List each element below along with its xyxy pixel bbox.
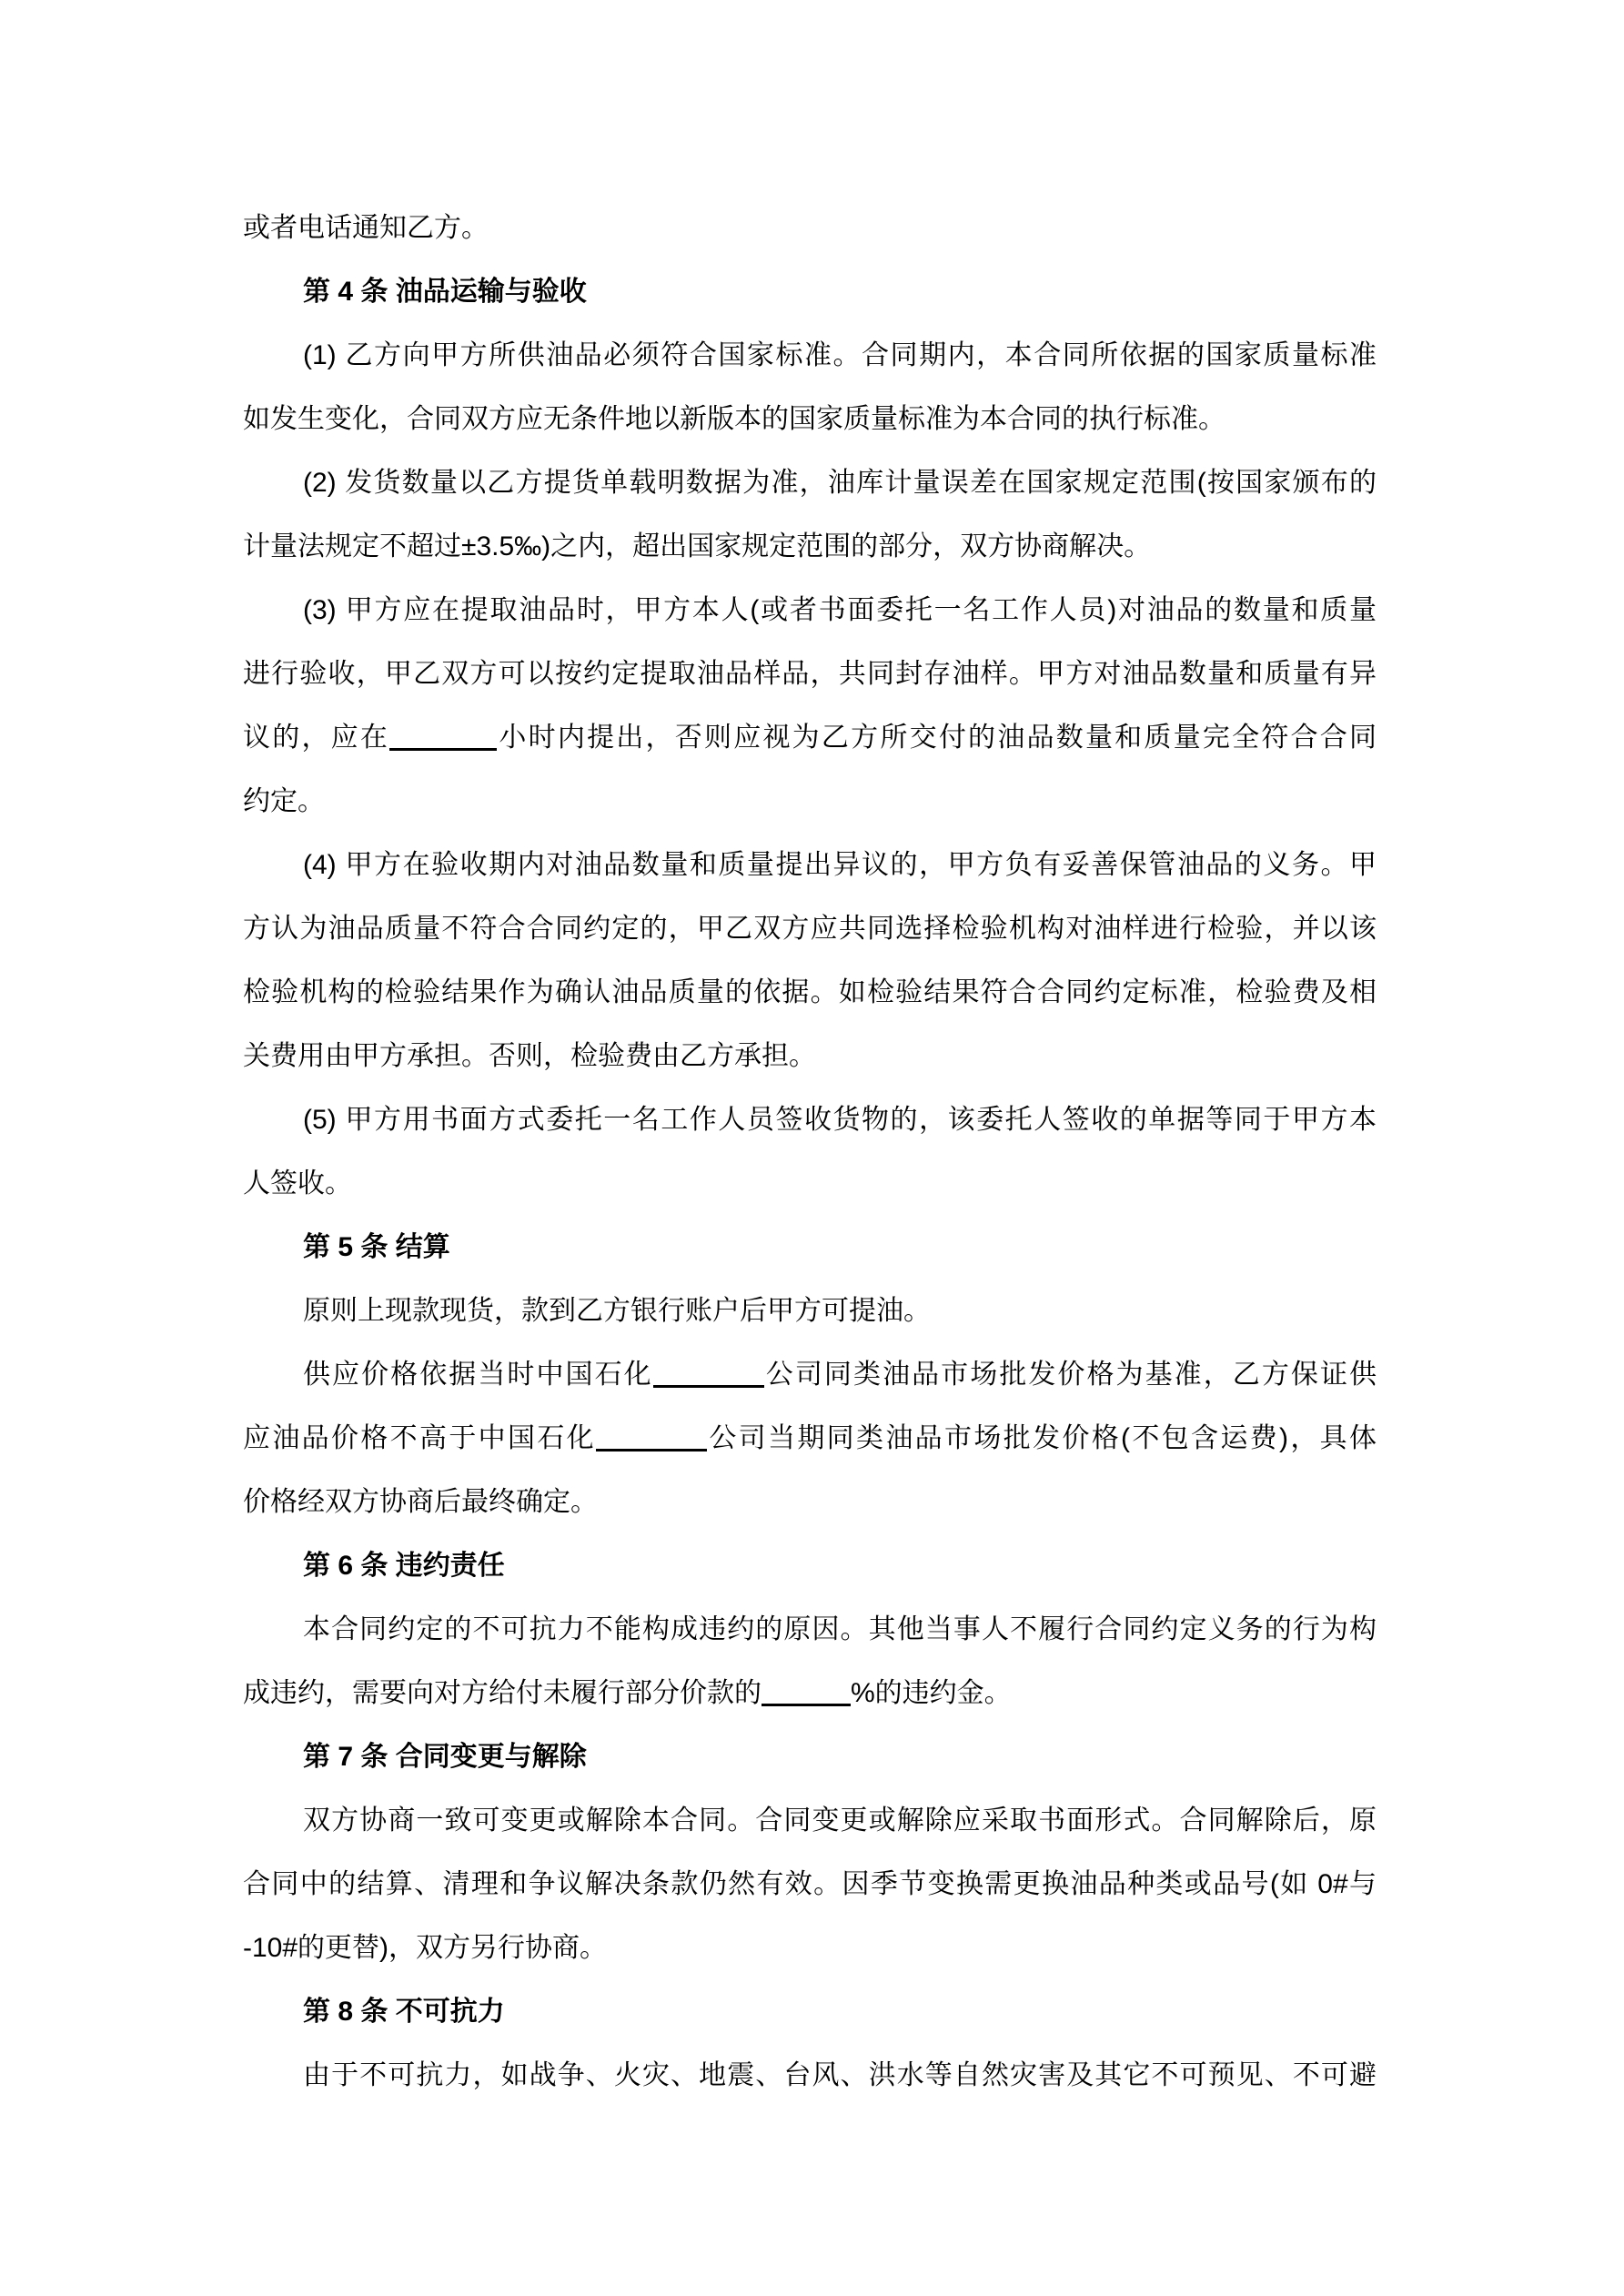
contract-text-line: 原则上现款现货，款到乙方银行账户后甲方可提油。 (243, 1279, 1377, 1343)
section-heading: 第 8 条 不可抗力 (243, 1980, 1377, 2044)
contract-text-line: 合同中的结算、清理和争议解决条款仍然有效。因季节变换需更换油品种类或品号(如 0… (243, 1853, 1377, 1917)
contract-text-line: 检验机构的检验结果作为确认油品质量的依据。如检验结果符合合同约定标准，检验费及相 (243, 961, 1377, 1025)
text-run: (5) 甲方用书面方式委托一名工作人员签收货物的，该委托人签收的单据等同于甲方本 (303, 1105, 1377, 1135)
contract-text-line: 人签收。 (243, 1152, 1377, 1216)
contract-text-line: 价格经双方协商后最终确定。 (243, 1471, 1377, 1534)
text-run: -10#的更替)，双方另行协商。 (243, 1933, 607, 1963)
text-run: 本合同约定的不可抗力不能构成违约的原因。其他当事人不履行合同约定义务的行为构 (303, 1614, 1377, 1644)
contract-text-line: 进行验收，甲乙双方可以按约定提取油品样品，共同封存油样。甲方对油品数量和质量有异 (243, 642, 1377, 706)
text-run: 小时内提出，否则应视为乙方所交付的油品数量和质量完全符合合同 (497, 723, 1377, 753)
text-run: 方认为油品质量不符合合同约定的，甲乙双方应共同选择检验机构对油样进行检验，并以该 (243, 914, 1377, 944)
text-run: 应油品价格不高于中国石化 (243, 1423, 596, 1453)
contract-text-line: (3) 甲方应在提取油品时，甲方本人(或者书面委托一名工作人员)对油品的数量和质… (243, 579, 1377, 642)
text-run: 合同中的结算、清理和争议解决条款仍然有效。因季节变换需更换油品种类或品号(如 0… (243, 1869, 1377, 1899)
text-run: 价格经双方协商后最终确定。 (243, 1487, 598, 1517)
contract-text-line: (1) 乙方向甲方所供油品必须符合国家标准。合同期内，本合同所依据的国家质量标准 (243, 324, 1377, 388)
text-run: 原则上现款现货，款到乙方银行账户后甲方可提油。 (303, 1296, 931, 1326)
contract-text-line: 计量法规定不超过±3.5‰)之内，超出国家规定范围的部分，双方协商解决。 (243, 515, 1377, 579)
fill-in-blank (653, 1381, 764, 1388)
contract-text-line: (4) 甲方在验收期内对油品数量和质量提出异议的，甲方负有妥善保管油品的义务。甲 (243, 834, 1377, 897)
contract-text-line: (5) 甲方用书面方式委托一名工作人员签收货物的，该委托人签收的单据等同于甲方本 (243, 1088, 1377, 1152)
contract-text-line: 约定。 (243, 770, 1377, 834)
text-run: 如发生变化，合同双方应无条件地以新版本的国家质量标准为本合同的执行标准。 (243, 404, 1226, 434)
text-run: %的违约金。 (851, 1678, 1012, 1708)
text-run: 公司同类油品市场批发价格为基准，乙方保证供 (764, 1360, 1377, 1390)
contract-text-line: 方认为油品质量不符合合同约定的，甲乙双方应共同选择检验机构对油样进行检验，并以该 (243, 897, 1377, 961)
contract-text-line: -10#的更替)，双方另行协商。 (243, 1917, 1377, 1980)
text-run: 或者电话通知乙方。 (243, 213, 489, 243)
text-run: 第 4 条 油品运输与验收 (303, 277, 587, 307)
fill-in-blank (762, 1700, 851, 1706)
text-run: 第 6 条 违约责任 (303, 1551, 505, 1581)
contract-text-line: 或者电话通知乙方。 (243, 197, 1377, 260)
contract-text-line: 关费用由甲方承担。否则，检验费由乙方承担。 (243, 1025, 1377, 1088)
fill-in-blank (596, 1445, 707, 1451)
section-heading: 第 6 条 违约责任 (243, 1534, 1377, 1598)
text-run: (3) 甲方应在提取油品时，甲方本人(或者书面委托一名工作人员)对油品的数量和质… (303, 595, 1377, 625)
fill-in-blank (389, 744, 497, 751)
text-run: (4) 甲方在验收期内对油品数量和质量提出异议的，甲方负有妥善保管油品的义务。甲 (303, 850, 1377, 880)
text-run: 第 7 条 合同变更与解除 (303, 1742, 587, 1772)
section-heading: 第 5 条 结算 (243, 1216, 1377, 1279)
text-run: 第 8 条 不可抗力 (303, 1997, 505, 2027)
contract-text-line: 议的，应在小时内提出，否则应视为乙方所交付的油品数量和质量完全符合合同 (243, 706, 1377, 770)
text-run: 供应价格依据当时中国石化 (303, 1360, 653, 1390)
text-run: 双方协商一致可变更或解除本合同。合同变更或解除应采取书面形式。合同解除后，原 (303, 1805, 1377, 1836)
contract-text-body: 或者电话通知乙方。第 4 条 油品运输与验收(1) 乙方向甲方所供油品必须符合国… (243, 197, 1377, 2108)
contract-text-line: 本合同约定的不可抗力不能构成违约的原因。其他当事人不履行合同约定义务的行为构 (243, 1598, 1377, 1662)
contract-text-line: 双方协商一致可变更或解除本合同。合同变更或解除应采取书面形式。合同解除后，原 (243, 1789, 1377, 1853)
text-run: 关费用由甲方承担。否则，检验费由乙方承担。 (243, 1041, 816, 1071)
text-run: 计量法规定不超过±3.5‰)之内，超出国家规定范围的部分，双方协商解决。 (243, 531, 1151, 561)
text-run: 人签收。 (243, 1168, 352, 1199)
text-run: 成违约，需要向对方给付未履行部分价款的 (243, 1678, 762, 1708)
text-run: 检验机构的检验结果作为确认油品质量的依据。如检验结果符合合同约定标准，检验费及相 (243, 977, 1377, 1007)
text-run: 公司当期同类油品市场批发价格(不包含运费)，具体 (707, 1423, 1377, 1453)
text-run: (1) 乙方向甲方所供油品必须符合国家标准。合同期内，本合同所依据的国家质量标准 (303, 340, 1377, 370)
contract-text-line: 如发生变化，合同双方应无条件地以新版本的国家质量标准为本合同的执行标准。 (243, 388, 1377, 451)
text-run: (2) 发货数量以乙方提货单载明数据为准，油库计量误差在国家规定范围(按国家颁布… (303, 468, 1377, 498)
text-run: 第 5 条 结算 (303, 1232, 450, 1262)
contract-text-line: (2) 发货数量以乙方提货单载明数据为准，油库计量误差在国家规定范围(按国家颁布… (243, 451, 1377, 515)
text-run: 进行验收，甲乙双方可以按约定提取油品样品，共同封存油样。甲方对油品数量和质量有异 (243, 659, 1377, 689)
text-run: 由于不可抗力，如战争、火灾、地震、台风、洪水等自然灾害及其它不可预见、不可避 (303, 2060, 1377, 2090)
contract-text-line: 供应价格依据当时中国石化公司同类油品市场批发价格为基准，乙方保证供 (243, 1343, 1377, 1407)
text-run: 议的，应在 (243, 723, 389, 753)
contract-text-line: 应油品价格不高于中国石化公司当期同类油品市场批发价格(不包含运费)，具体 (243, 1407, 1377, 1471)
contract-text-line: 成违约，需要向对方给付未履行部分价款的%的违约金。 (243, 1662, 1377, 1725)
section-heading: 第 7 条 合同变更与解除 (243, 1725, 1377, 1789)
text-run: 约定。 (243, 786, 325, 816)
section-heading: 第 4 条 油品运输与验收 (243, 260, 1377, 324)
contract-document-page: 或者电话通知乙方。第 4 条 油品运输与验收(1) 乙方向甲方所供油品必须符合国… (0, 0, 1624, 2296)
contract-text-line: 由于不可抗力，如战争、火灾、地震、台风、洪水等自然灾害及其它不可预见、不可避 (243, 2044, 1377, 2108)
